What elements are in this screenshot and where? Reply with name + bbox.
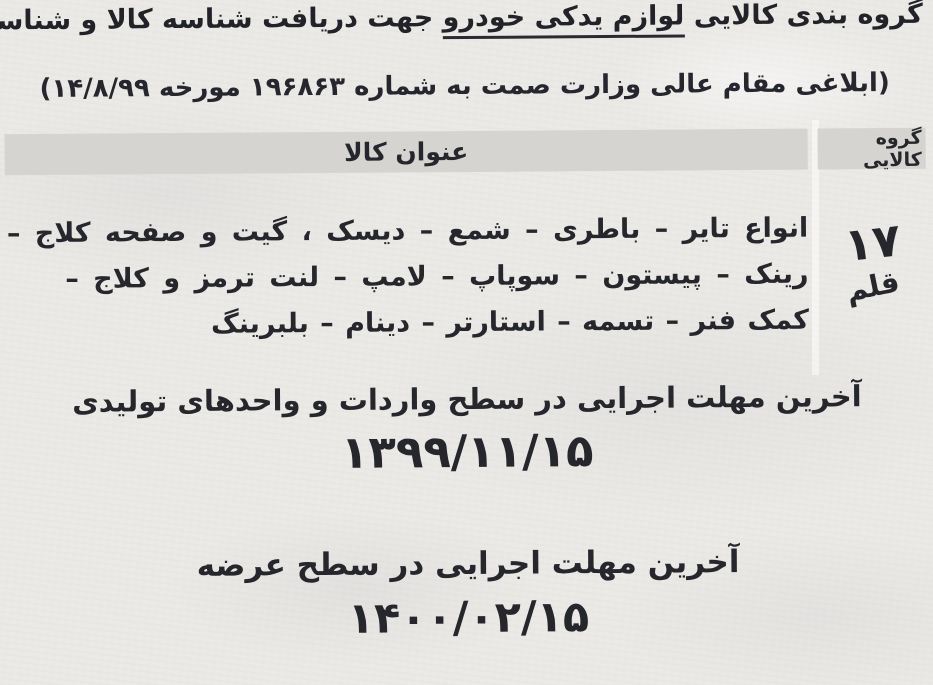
goods-table: گروه کالایی عنوان کالا ۱۷ قلم انواع تایر… xyxy=(5,128,927,349)
deadline-supply-date: ۱۴۰۰/۰۲/۱۵ xyxy=(2,590,933,647)
goods-items-line-2: رینک – پیستون – سوپاپ – لامپ – لنت ترمز … xyxy=(5,252,808,304)
deadline-import-production: آخرین مهلت اجرایی در سطح واردات و واحدها… xyxy=(0,379,933,482)
title-pre-text: گروه بندی کالایی xyxy=(684,0,923,31)
goods-items-line-1: انواع تایر – باطری – شمع – دیسک ، گیت و … xyxy=(5,206,808,258)
title-post-text: جهت دریافت شناسه کالا و شناسه رهگیری xyxy=(0,2,443,37)
deadline-import-production-label: آخرین مهلت اجرایی در سطح واردات و واحدها… xyxy=(0,379,933,420)
goods-group-cell: ۱۷ قلم xyxy=(818,169,927,344)
column-header-goods-title: عنوان کالا xyxy=(5,129,808,176)
goods-items-line-3: کمک فنر – تسمه – استارتر – دینام – بلبری… xyxy=(6,298,809,350)
goods-items-cell: انواع تایر – باطری – شمع – دیسک ، گیت و … xyxy=(5,170,809,350)
deadline-supply-label: آخرین مهلت اجرایی در سطح عرضه xyxy=(1,543,933,586)
table-header-row: گروه کالایی عنوان کالا xyxy=(5,128,926,175)
deadline-supply: آخرین مهلت اجرایی در سطح عرضه ۱۴۰۰/۰۲/۱۵ xyxy=(1,543,933,647)
deadline-import-production-date: ۱۳۹۹/۱۱/۱۵ xyxy=(1,422,933,482)
document-content: گروه بندی کالایی لوازم یدکی خودرو جهت در… xyxy=(0,0,933,685)
column-header-goods-group: گروه کالایی xyxy=(818,128,926,170)
table-body-row: ۱۷ قلم انواع تایر – باطری – شمع – دیسک ،… xyxy=(5,169,927,349)
document-title: گروه بندی کالایی لوازم یدکی خودرو جهت در… xyxy=(6,0,923,42)
title-product-category: لوازم یدکی خودرو xyxy=(443,0,685,39)
document-subtitle: (ابلاغی مقام عالی وزارت صمت به شماره ۱۹۶… xyxy=(6,68,923,104)
scanned-document-page: گروه بندی کالایی لوازم یدکی خودرو جهت در… xyxy=(0,0,933,685)
